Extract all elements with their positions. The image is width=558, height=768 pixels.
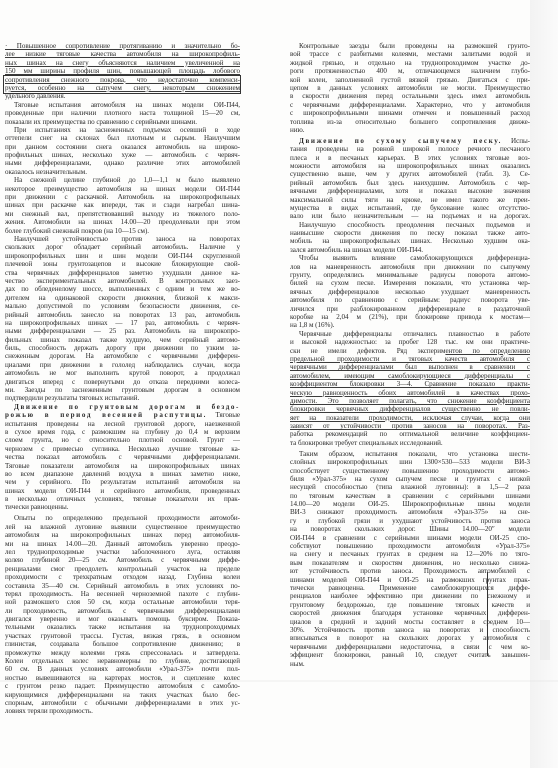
text-line: мально допустимой по условиям безопаснос… <box>5 302 240 310</box>
text-line: жения. Автомобили на шинах 14.00—20 прео… <box>5 218 240 226</box>
text-line: оттепели снег на склонах был плотным и с… <box>5 134 240 142</box>
underlined-text: ентов по определению <box>445 347 530 355</box>
text-line: глинистая, создавала большое сопротивлен… <box>5 640 240 648</box>
text-line: блокировки червячных дифференциалов суще… <box>290 405 530 413</box>
text-line: существенно выше, чем у других автомобил… <box>290 170 530 178</box>
text-line: червячными дифференциалами недостаточна,… <box>290 643 530 651</box>
text-line: снеженным дорогам. На автомобиле с червя… <box>5 352 240 360</box>
text-line: вячными дифференциалами, хотя и показал … <box>290 187 530 195</box>
text-line: Наилучшую способность преодоления песчан… <box>290 221 530 229</box>
text-line: гу и глубокой грязи и ухудшают устойчиво… <box>290 517 530 525</box>
text-line: на снегу и песчаных грунтах в среднем на… <box>290 550 530 558</box>
text-line: топлива из-за относительно большего сопр… <box>290 118 530 126</box>
text-line: наивысшие скорости движения по песку пок… <box>290 229 530 237</box>
text-line: мущества в видах испытаний, где буксован… <box>290 204 530 212</box>
text-line: ренциалами смог преодолеть контрольный у… <box>5 565 240 573</box>
text-line: тания проведены на ровной широкой полосе… <box>290 145 530 153</box>
text-line: лов на маневренность автомобиля при движ… <box>290 263 530 271</box>
text-line: тически равноценна. Применение самоблоки… <box>290 584 530 592</box>
left-column: · Повышенное сопротивление протягиванию … <box>5 42 240 716</box>
handwritten-box-annotation <box>3 75 241 94</box>
text-line: коэффициентом блокировки 3—4. Сравнение … <box>290 380 530 388</box>
text-line: яет на показатели проходимости, исключая… <box>290 414 530 422</box>
text-line: подтвердили результаты тяговых испытаний… <box>5 394 240 402</box>
text-line: скоростей движения благодаря установке ч… <box>290 609 530 617</box>
section-heading: Движение по сухому сыпучему песку. <box>299 137 502 145</box>
text-line: кой колеи, заполненной густой вязкой гря… <box>290 76 530 84</box>
scanned-page: · Повышенное сопротивление протягиванию … <box>0 0 558 768</box>
text-line: чество экспериментальных автомобилей. В … <box>5 277 240 285</box>
text-line: с грунтом резко падает. Преимущество авт… <box>5 682 240 690</box>
text-line: на широкопрофильных шинах — 17 раз, авто… <box>5 319 240 327</box>
text-line: рийный автомобиль был здесь наихудшим. А… <box>290 179 530 187</box>
text-line: в несколько отличных условиях, тяговые п… <box>5 495 240 503</box>
text-line: плечевой зоны грунтозацепов и высокие бл… <box>5 260 240 268</box>
text-line: с червячными дифференциалами. Характерно… <box>290 101 530 109</box>
text-line: Тяговые испытания автомобиля на шинах мо… <box>5 101 240 109</box>
text-line: билей на сухом песке. Измерения показали… <box>290 279 530 287</box>
text-line: ренциалов наиболее эффективно при движен… <box>290 592 530 600</box>
text-line: некоторое преимущество автомобиля на шин… <box>5 185 240 193</box>
scan-speckle <box>540 620 550 660</box>
scan-speckle <box>0 680 558 682</box>
text-line: биля «Урал-375» на сухом сыпучем песке и… <box>290 475 530 483</box>
text-line: ства червячных дифференциалов заметно ух… <box>5 269 240 277</box>
text-line: слоем грунта, но с относительно плотной … <box>5 436 240 444</box>
text-line: по тяговым качествам в сравнении с серий… <box>290 492 530 500</box>
text-line: Тяговые показатели автомобиля на широкоп… <box>5 462 240 470</box>
text-line: роги протяженностью 400 м, отличающемся … <box>290 67 530 75</box>
text-line: способствует существенному повышению про… <box>290 467 530 475</box>
text-fragment: ски не имели дефектов. Ряд эксперим <box>290 347 445 355</box>
text-line: рожью в период весенней распутицы. Тягов… <box>5 411 240 419</box>
text-line: двигался уверенно и мог оказывать помощь… <box>5 615 240 623</box>
text-line: дителем на одинаковой скорости движения,… <box>5 294 240 302</box>
text-line: на поворотах скользких дорог. Шины 14.00… <box>290 525 530 533</box>
text-line: ных шинах на снегу объясняются наличием … <box>5 59 240 67</box>
text-line: широкопрофильных шин и шин модели ОИ-П44… <box>5 252 240 260</box>
text-line: чернозем с примесью суглинка. Несколько … <box>5 445 240 453</box>
text-line: эффициент блокировки, равный 10, следует… <box>290 651 530 659</box>
text-line: ным. <box>290 660 530 668</box>
text-line: спорным, автомобили с обычными дифференц… <box>5 699 240 707</box>
text-line: шинах модели ОИ-П44 и серийного автомоби… <box>5 487 240 495</box>
text-line: ОИ-П44 в сравнении с серийными шинами мо… <box>290 534 530 542</box>
text-line: · Повышенное сопротивление протягиванию … <box>5 42 240 50</box>
text-line: 30%. Устойчивость против заноса на повор… <box>290 626 530 634</box>
text-fragment: Испы- <box>502 137 530 145</box>
text-line: лее низкие тяговые качества автомобиля н… <box>5 50 240 58</box>
text-line: несущей способностью (типа влажной лугов… <box>290 483 530 491</box>
text-line: тически равноценны. <box>5 503 240 511</box>
text-line: Контрольные заезды были проведены на раз… <box>290 42 530 50</box>
text-line: циалами при движении в гололед наблюдали… <box>5 361 240 369</box>
text-line: колею глубиной 20—25 см. Автомобиль с че… <box>5 556 240 564</box>
text-line: в сухое время года, с размокшим на глуби… <box>5 428 240 436</box>
text-line: ВИ-3 снижают проходимость автомобиля «Ур… <box>290 508 530 516</box>
text-line: та блокировки требует специальных исслед… <box>290 439 530 447</box>
text-line: ловиях теряли проходимость. <box>5 707 240 715</box>
text-line: в скорости движения перед остальными зде… <box>290 92 530 100</box>
text-line: плеса и в песчаных карьерах. В этих усло… <box>290 154 530 162</box>
text-line: чества показал автомобиль с червячными д… <box>5 453 240 461</box>
text-line: двигаться вперед с повернутыми до отказа… <box>5 378 240 386</box>
text-line: и высокой надежностью: за пробег 128 тыс… <box>290 338 530 346</box>
text-line: работка рекомендаций по оптимальной вели… <box>290 430 530 438</box>
text-line: коробке на 2,04 м (21%), при блокировке … <box>290 313 530 321</box>
text-line: Колеи отдельных колес неравномерны по гл… <box>5 657 240 665</box>
text-line: при движении с раскачкой. Автомобиль на … <box>5 193 240 201</box>
text-line: грунту, определялись минимальные радиусы… <box>290 271 530 279</box>
text-line: Опыты по определению предельной проходим… <box>5 514 240 522</box>
text-line: цепом в данных условиях автомобили не мо… <box>290 84 530 92</box>
text-line: дах по обледенелому шоссе, выполненных с… <box>5 285 240 293</box>
text-line: На снежной целине глубиной до 1,0—1,1 м … <box>5 176 240 184</box>
text-line: при данном состоянии снега оказался авто… <box>5 143 240 151</box>
text-line: личился при разблокированном дифференциа… <box>290 305 530 313</box>
text-line: автомобиль не мог выполнить крутой повор… <box>5 369 240 377</box>
text-line: составила 35—40 см. Серийный автомобиль … <box>5 582 240 590</box>
text-line: проведенные при наличии плотного наста т… <box>5 109 240 117</box>
text-line: ми снежный вал, препятствовавший выходу … <box>5 210 240 218</box>
right-column: Контрольные заезды были проведены на раз… <box>290 42 530 668</box>
text-line: показали их преимущества по сравнению с … <box>5 118 240 126</box>
text-line: червячными дифференциалами был выполнен … <box>290 363 530 371</box>
text-line: Чтобы выявить влияние самоблокирующихся … <box>290 254 530 262</box>
text-line: скользких дорог обладает серийный автомо… <box>5 243 240 251</box>
section-heading: рожью в период весенней распутицы. <box>5 411 207 419</box>
text-line: рийный автомобиль занесло на поворотах 1… <box>5 311 240 319</box>
text-line: Движение по грунтовым дорогам и бездо- <box>5 403 240 411</box>
text-line: ски не имели дефектов. Ряд экспериментов… <box>290 347 530 355</box>
text-line: терял проходимость. На весенней чернозем… <box>5 590 240 598</box>
text-line: вячных дифференциалов несколько ухудшает… <box>290 288 530 296</box>
text-line: вым показателям и скоростям движения, но… <box>290 559 530 567</box>
margin-vertical-line <box>487 572 488 656</box>
text-line: циалов в средний и задний мосты составля… <box>290 618 530 626</box>
text-line: слойных широкопрофильных шин 1300×530—53… <box>290 458 530 466</box>
text-line: зался автомобиль на шинах модели ОИ-П44. <box>290 246 530 254</box>
text-line: ми. Заезды по заснеженным грунтовым доро… <box>5 386 240 394</box>
text-fragment: Тяговые <box>207 411 240 419</box>
text-line: предельной проходимости и тяговых качест… <box>290 355 530 363</box>
text-line: чем у серийного. По результатам испытани… <box>5 478 240 486</box>
text-line: ют устойчивость против заноса. Проходимо… <box>290 567 530 575</box>
text-line: Наилучшей устойчивостью против заноса на… <box>5 235 240 243</box>
text-line: тельными оказались также испытания на тр… <box>5 623 240 631</box>
text-line: ли проходимость, автомобиль с червячными… <box>5 607 240 615</box>
text-line: автомобилем, имеющим самоблокирующиеся д… <box>290 372 530 380</box>
text-line: собствуют повышению проходимости автомоб… <box>290 542 530 550</box>
text-line: жидкой грязью, и отдельно на труднопрохо… <box>290 59 530 67</box>
text-line: димости. Это позволяет полагать, что сни… <box>290 397 530 405</box>
text-line: лел труднопроходимые участки заболоченно… <box>5 548 240 556</box>
text-line: испытания проведены на лесной грунтовой … <box>5 420 240 428</box>
text-line: Червячные дифференциалы отличались плавн… <box>290 330 530 338</box>
text-line: ми на шинах 14.00—20. Данный автомобиль … <box>5 540 240 548</box>
text-line: ными дифференциалами, однако различие эт… <box>5 159 240 167</box>
text-line: ческую равноценность обоих автомобилей в… <box>290 389 530 397</box>
text-line: лей на влажной луговине выявили существе… <box>5 523 240 531</box>
text-line: биль, способность держать дорогу при дви… <box>5 344 240 352</box>
text-line: во всем диапазоне давлений воздуха в шин… <box>5 470 240 478</box>
text-line: максимальной силы тяги на крюке, не имел… <box>290 196 530 204</box>
text-line: мобиль на широкопрофильных шинах. Нескол… <box>290 237 530 245</box>
text-line: ной размокшего слоя 50 см, когда остальн… <box>5 598 240 606</box>
text-line: фильных шинах показал также худшую, чем … <box>5 336 240 344</box>
text-line: можности автомобиля на широкопрофильных … <box>290 162 530 170</box>
text-line: Таким образом, испытания показали, что у… <box>290 450 530 458</box>
text-line: зависят от устойчивости против заносов н… <box>290 422 530 430</box>
text-line: с широкопрофильными шинами отмечен и пов… <box>290 109 530 117</box>
text-line: вало или было незначительным — на подъем… <box>290 212 530 220</box>
text-line: более глубокий снежный покров (на 10—15 … <box>5 227 240 235</box>
text-line: оказалось незначительным. <box>5 168 240 176</box>
text-line: на 1,8 м (16%). <box>290 321 530 329</box>
text-line: проходимости с трехкратным отходом назад… <box>5 573 240 581</box>
text-line: вой трассе с разбитыми колеями, местами … <box>290 50 530 58</box>
text-line: 14.00—20 модели ОИ-25. Широкопрофильные … <box>290 500 530 508</box>
text-line: автомобиля по сравнению с серийным: ради… <box>290 296 530 304</box>
text-line: шинах при раскачке как впереди, так и сз… <box>5 201 240 209</box>
text-line: автомобиля на широкопрофильных шинах пер… <box>5 531 240 539</box>
text-line: При испытаниях на заснеженных подъемах о… <box>5 126 240 134</box>
text-line: кирующимися дифференциалами на таких уча… <box>5 691 240 699</box>
text-line: шинами моделей ОИ-П44 и ОИ-25 на размокш… <box>290 576 530 584</box>
text-line: участках грунтовой трассы. Густая, вязка… <box>5 632 240 640</box>
text-line: вписываться в поворот на скользких дорог… <box>290 634 530 642</box>
text-line: 60 см. В данных условиях автомобили «Ура… <box>5 665 240 673</box>
text-line: нию. <box>290 126 530 134</box>
text-line: Движение по сухому сыпучему песку. Испы- <box>290 137 530 145</box>
text-line: промежутке между колеями грязь спрессова… <box>5 649 240 657</box>
text-line: грунтовому бездорожью, где повышение тяг… <box>290 601 530 609</box>
text-line: профильных шинах, несколько хуже — автом… <box>5 151 240 159</box>
text-line: ными дифференциалами — 25 раз. Автомобил… <box>5 327 240 335</box>
